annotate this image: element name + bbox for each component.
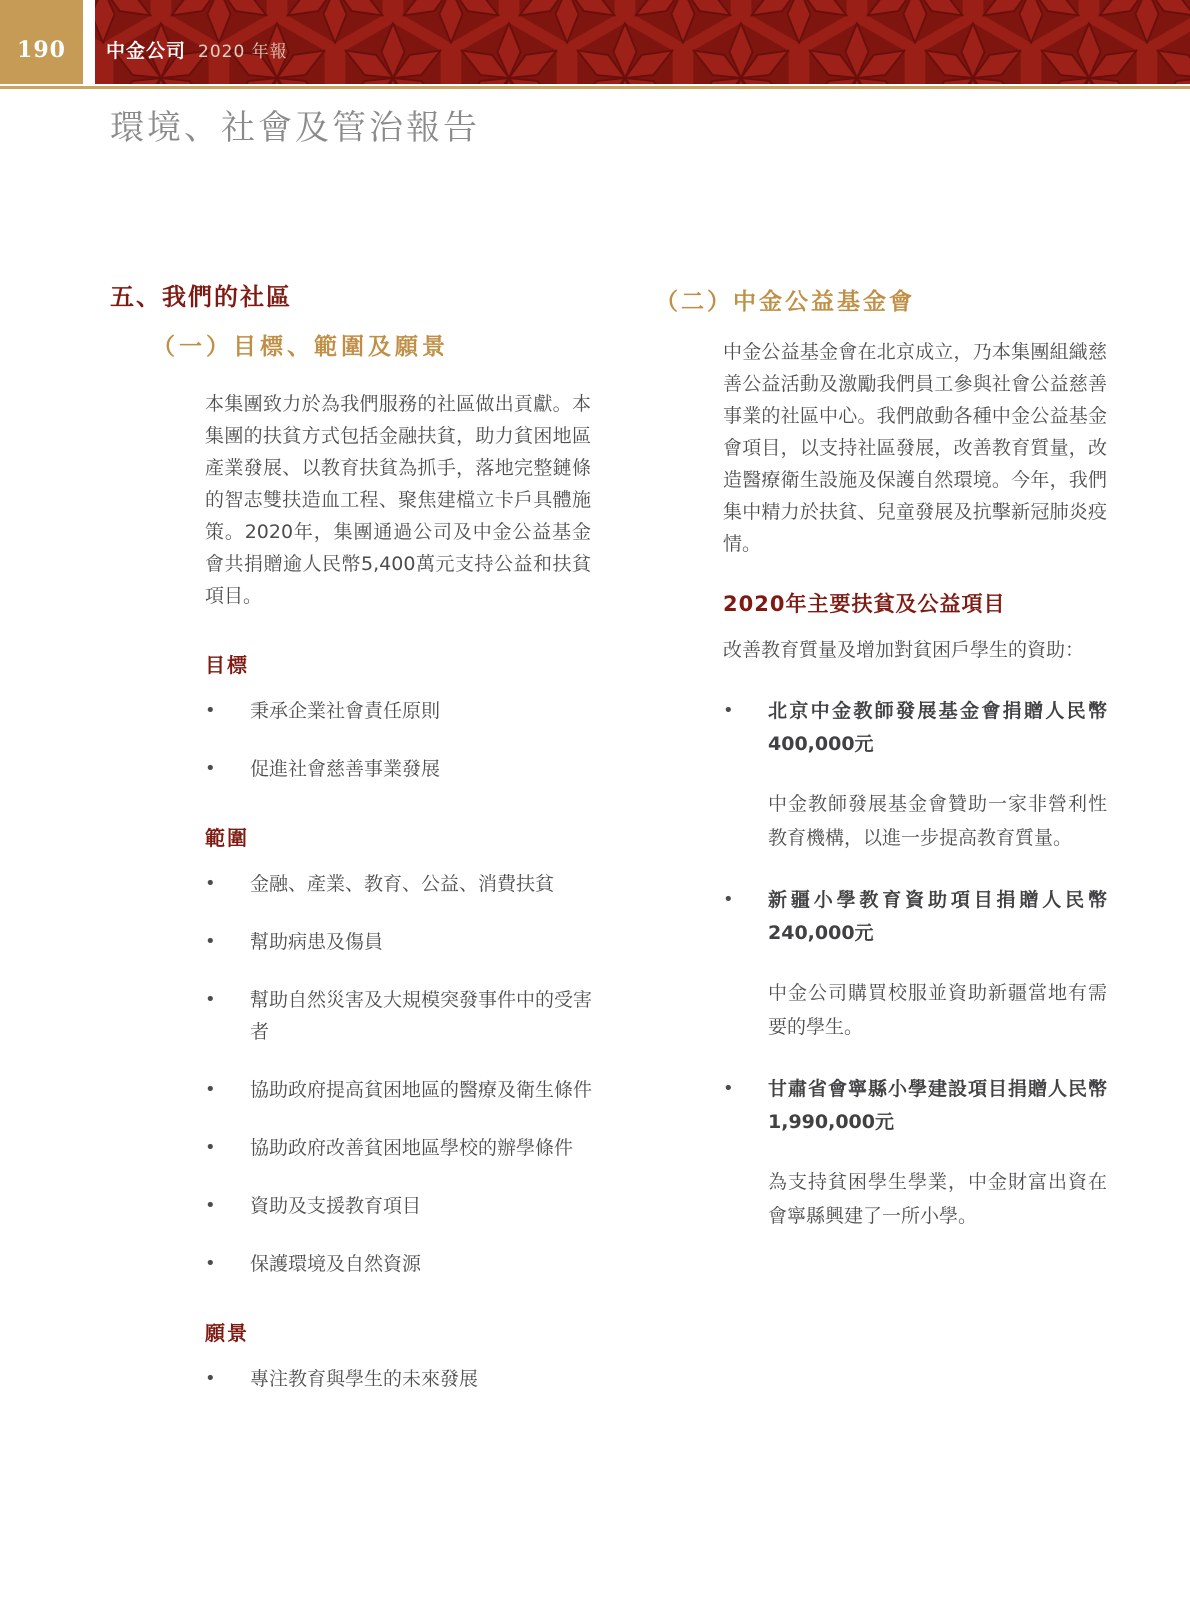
list-item: • 促進社會慈善事業發展 — [205, 753, 594, 785]
list-item-text: 協助政府改善貧困地區學校的辦學條件 — [250, 1132, 592, 1164]
list-item: • 秉承企業社會責任原則 — [205, 695, 594, 727]
list-item: • 保護環境及自然資源 — [205, 1248, 594, 1280]
project-description: 中金公司購買校服並資助新疆當地有需要的學生。 — [768, 976, 1107, 1044]
list-item-text: 協助政府提高貧困地區的醫療及衛生條件 — [250, 1074, 592, 1106]
header-banner: 中金公司 2020 年報 — [95, 0, 1190, 84]
bullet-icon: • — [723, 695, 768, 761]
list-item: • 新疆小學教育資助項目捐贈人民幣240,000元 — [723, 884, 1110, 950]
community-intro-paragraph: 本集團致力於為我們服務的社區做出貢獻。本集團的扶貧方式包括金融扶貧，助力貧困地區… — [205, 388, 591, 612]
bullet-icon: • — [205, 1074, 250, 1106]
esg-report-page: 190 — [0, 0, 1190, 1615]
bullet-icon: • — [205, 1248, 250, 1280]
projects-heading: 2020年主要扶貧及公益項目 — [723, 588, 1110, 618]
project-item: • 北京中金教師發展基金會捐贈人民幣400,000元 中金教師發展基金會贊助一家… — [655, 695, 1110, 855]
list-item: • 協助政府提高貧困地區的醫療及衛生條件 — [205, 1074, 594, 1106]
list-item: • 北京中金教師發展基金會捐贈人民幣400,000元 — [723, 695, 1110, 761]
bullet-icon: • — [205, 926, 250, 958]
subsection-title-goals-scope-vision: （一）目標、範圍及願景 — [152, 328, 594, 361]
project-title: 北京中金教師發展基金會捐贈人民幣400,000元 — [768, 695, 1107, 761]
section-cicc-foundation: （二）中金公益基金會 中金公益基金會在北京成立，乃本集團組織慈善公益活動及激勵我… — [655, 277, 1110, 1233]
brand-name: 中金公司 — [106, 36, 186, 63]
list-item: • 甘肅省會寧縣小學建設項目捐贈人民幣1,990,000元 — [723, 1073, 1110, 1139]
list-item: • 金融、產業、教育、公益、消費扶貧 — [205, 868, 594, 900]
group-heading-scope: 範圍 — [205, 822, 594, 851]
subsection-title-foundation: （二）中金公益基金會 — [655, 283, 1110, 316]
section-title: 五、我們的社區 — [110, 277, 594, 312]
list-item: • 資助及支援教育項目 — [205, 1190, 594, 1222]
group-heading-goals: 目標 — [205, 649, 594, 678]
bullet-icon: • — [205, 753, 250, 785]
bullet-icon: • — [205, 1132, 250, 1164]
brand: 中金公司 2020 年報 — [106, 0, 288, 84]
page-number-block: 190 — [0, 0, 83, 84]
bullet-icon: • — [205, 1363, 250, 1395]
list-item-text: 促進社會慈善事業發展 — [250, 753, 592, 785]
list-item: • 專注教育與學生的未來發展 — [205, 1363, 594, 1395]
bullet-icon: • — [205, 695, 250, 727]
list-item-text: 專注教育與學生的未來發展 — [250, 1363, 592, 1395]
list-item: • 幫助自然災害及大規模突發事件中的受害者 — [205, 984, 594, 1048]
bullet-icon: • — [205, 984, 250, 1048]
list-item-text: 幫助自然災害及大規模突發事件中的受害者 — [250, 984, 592, 1048]
page-number: 190 — [17, 37, 66, 63]
bullet-icon: • — [205, 868, 250, 900]
foundation-intro-paragraph: 中金公益基金會在北京成立，乃本集團組織慈善公益活動及激勵我們員工參與社會公益慈善… — [723, 336, 1107, 560]
list-item-text: 金融、產業、教育、公益、消費扶貧 — [250, 868, 592, 900]
list-item: • 幫助病患及傷員 — [205, 926, 594, 958]
group-heading-vision: 願景 — [205, 1317, 594, 1346]
bullet-icon: • — [723, 884, 768, 950]
projects-intro: 改善教育質量及增加對貧困戶學生的資助： — [723, 634, 1107, 666]
project-title: 甘肅省會寧縣小學建設項目捐贈人民幣1,990,000元 — [768, 1073, 1107, 1139]
project-item: • 甘肅省會寧縣小學建設項目捐贈人民幣1,990,000元 為支持貧困學生學業，… — [655, 1073, 1110, 1233]
project-title: 新疆小學教育資助項目捐贈人民幣240,000元 — [768, 884, 1107, 950]
bullet-icon: • — [723, 1073, 768, 1139]
project-description: 中金教師發展基金會贊助一家非營利性教育機構，以進一步提高教育質量。 — [768, 787, 1107, 855]
list-item-text: 資助及支援教育項目 — [250, 1190, 592, 1222]
list-item: • 協助政府改善貧困地區學校的辦學條件 — [205, 1132, 594, 1164]
list-item-text: 保護環境及自然資源 — [250, 1248, 592, 1280]
section-our-community: 五、我們的社區 （一）目標、範圍及願景 本集團致力於為我們服務的社區做出貢獻。本… — [110, 277, 594, 1421]
project-item: • 新疆小學教育資助項目捐贈人民幣240,000元 中金公司購買校服並資助新疆當… — [655, 884, 1110, 1044]
bullet-icon: • — [205, 1190, 250, 1222]
page-title: 環境、社會及管治報告 — [110, 100, 480, 149]
brand-year: 2020 年報 — [198, 37, 288, 62]
project-description: 為支持貧困學生學業，中金財富出資在會寧縣興建了一所小學。 — [768, 1165, 1107, 1233]
header-divider — [0, 86, 1190, 89]
list-item-text: 秉承企業社會責任原則 — [250, 695, 592, 727]
list-item-text: 幫助病患及傷員 — [250, 926, 592, 958]
